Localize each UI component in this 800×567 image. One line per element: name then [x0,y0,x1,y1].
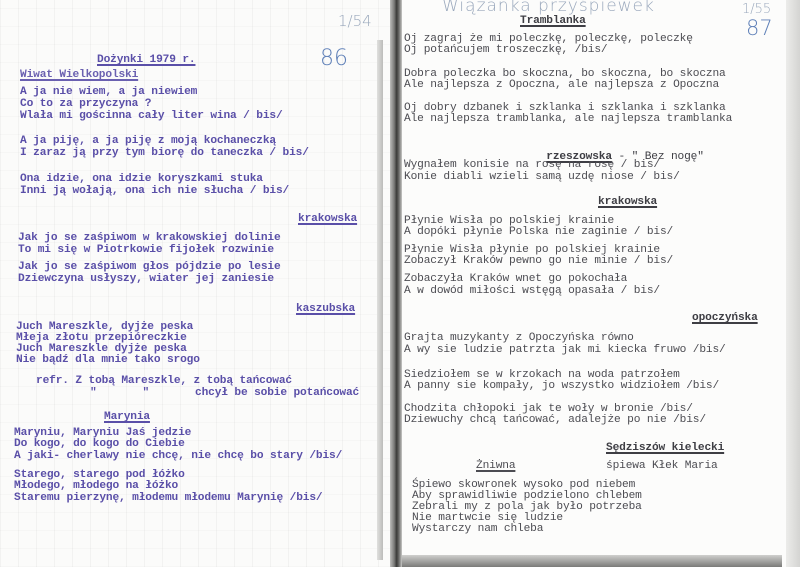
lyric-line: Co to za przyczyna ? [20,99,151,111]
lyric-line: Do kogo, do kogo do Ciebie [14,439,185,451]
lyric-line: A panny sie kompały, jo wszystko widzioł… [404,381,719,393]
page-shadow [402,555,782,567]
page-edge [377,40,383,560]
lyric-line: A jaki- cherlawy nie chcę, nie chcę bo s… [14,451,342,463]
document-title: Dożynki 1979 r. [97,55,195,67]
song-heading: krakowska [298,214,357,226]
lyric-line: Zobaczył Kraków pewno go nie minie / bis… [404,256,673,268]
performer-credit: śpiewa Kłek Maria [606,461,718,473]
right-page: Wiązanka przyśpiewek 1/55 87 Tramblanka … [402,0,800,567]
lyric-line: I zaraz ją przy tym biorę do taneczka / … [20,148,309,160]
lyric-line: A wy sie ludzie patrzta jak mi kiecka fr… [404,345,726,357]
song-heading: Wiwat Wielkopolski [20,70,138,82]
lyric-line: Jak jo se zaśpiwom głos pójdzie po lesie [18,262,281,274]
lyric-line: Wygnałem konisie na rosę na rosę / bis/ [404,160,660,172]
lyric-line: Ale najlepsza tramblanka, ale najlepsza … [404,114,732,126]
refrain-line: " " chcył be sobie potańcować [90,388,359,400]
lyric-line: Jak jo se zaśpiwom w krakowskiej dolinie [18,233,281,245]
page-edge [786,0,800,567]
lyric-line: A ja nie wiem, a ja niewiem [20,87,197,99]
lyric-line: Inni ją wołają, ona ich nie słucha / bis… [20,186,289,198]
song-heading: Żniwna [476,461,515,473]
song-heading: Marynia [104,412,150,424]
lyric-line: Dziewczyna usłyszy, wiater jej zaniesie [18,274,274,286]
lyric-line: Dziewuchy chcą tańcować, adalejże po nie… [404,415,706,427]
song-heading: kaszubska [296,304,355,316]
book-gutter [390,0,402,567]
left-page: 1/54 86 Dożynki 1979 r. Wiwat Wielkopols… [0,0,390,567]
archive-number-left: 1/54 [338,12,372,30]
lyric-line: Nie bądź dla mnie tako srogo [16,355,200,367]
lyric-line: Ona idzie, ona idzie koryszkami stuka [20,174,263,186]
lyric-line: A dopóki płynie Polska nie zaginie / bis… [404,227,673,239]
lyric-line: Wlała mi gościnna cały liter wina / bis/ [20,111,283,123]
lyric-line: A w dowód miłości wstęgą opasała / bis/ [404,286,660,298]
lyric-line: Młodego, młodego na łóżko [14,481,178,493]
lyric-line: Wystarczy nam chleba [412,524,543,536]
lyric-line: Konie diabli wzieli samą uzdę niose / bi… [404,172,680,184]
archive-number-right: 1/55 [742,2,771,17]
lyric-line: Grajta muzykanty z Opoczyńska równo [404,333,634,345]
song-heading: krakowska [598,197,657,209]
lyric-line: Ale najlepsza z Opoczna, ale najlepsza z… [404,80,719,92]
song-heading: Sędziszów kielecki [606,443,724,455]
song-heading: opoczyńska [692,313,758,325]
song-heading: Tramblanka [520,16,586,28]
handwritten-title: Wiązanka przyśpiewek [442,0,655,16]
lyric-line: Staremu pierzynę, młodemu młodemu Maryni… [14,493,323,505]
lyric-line: Oj potańcujem troszeczkę, /bis/ [404,45,607,57]
page-number-right: 87 [746,16,773,40]
lyric-line: Zobaczyła Kraków wnet go pokochała [404,274,627,286]
lyric-line: To mi się w Piotrkowie fijołek rozwinie [18,245,274,257]
lyric-line: A ja piję, a ja piję z moją kochaneczką [20,136,276,148]
refrain-line: refr. Z tobą Mareszkle, z tobą tańcować [36,376,292,388]
page-number-left: 86 [320,46,348,71]
